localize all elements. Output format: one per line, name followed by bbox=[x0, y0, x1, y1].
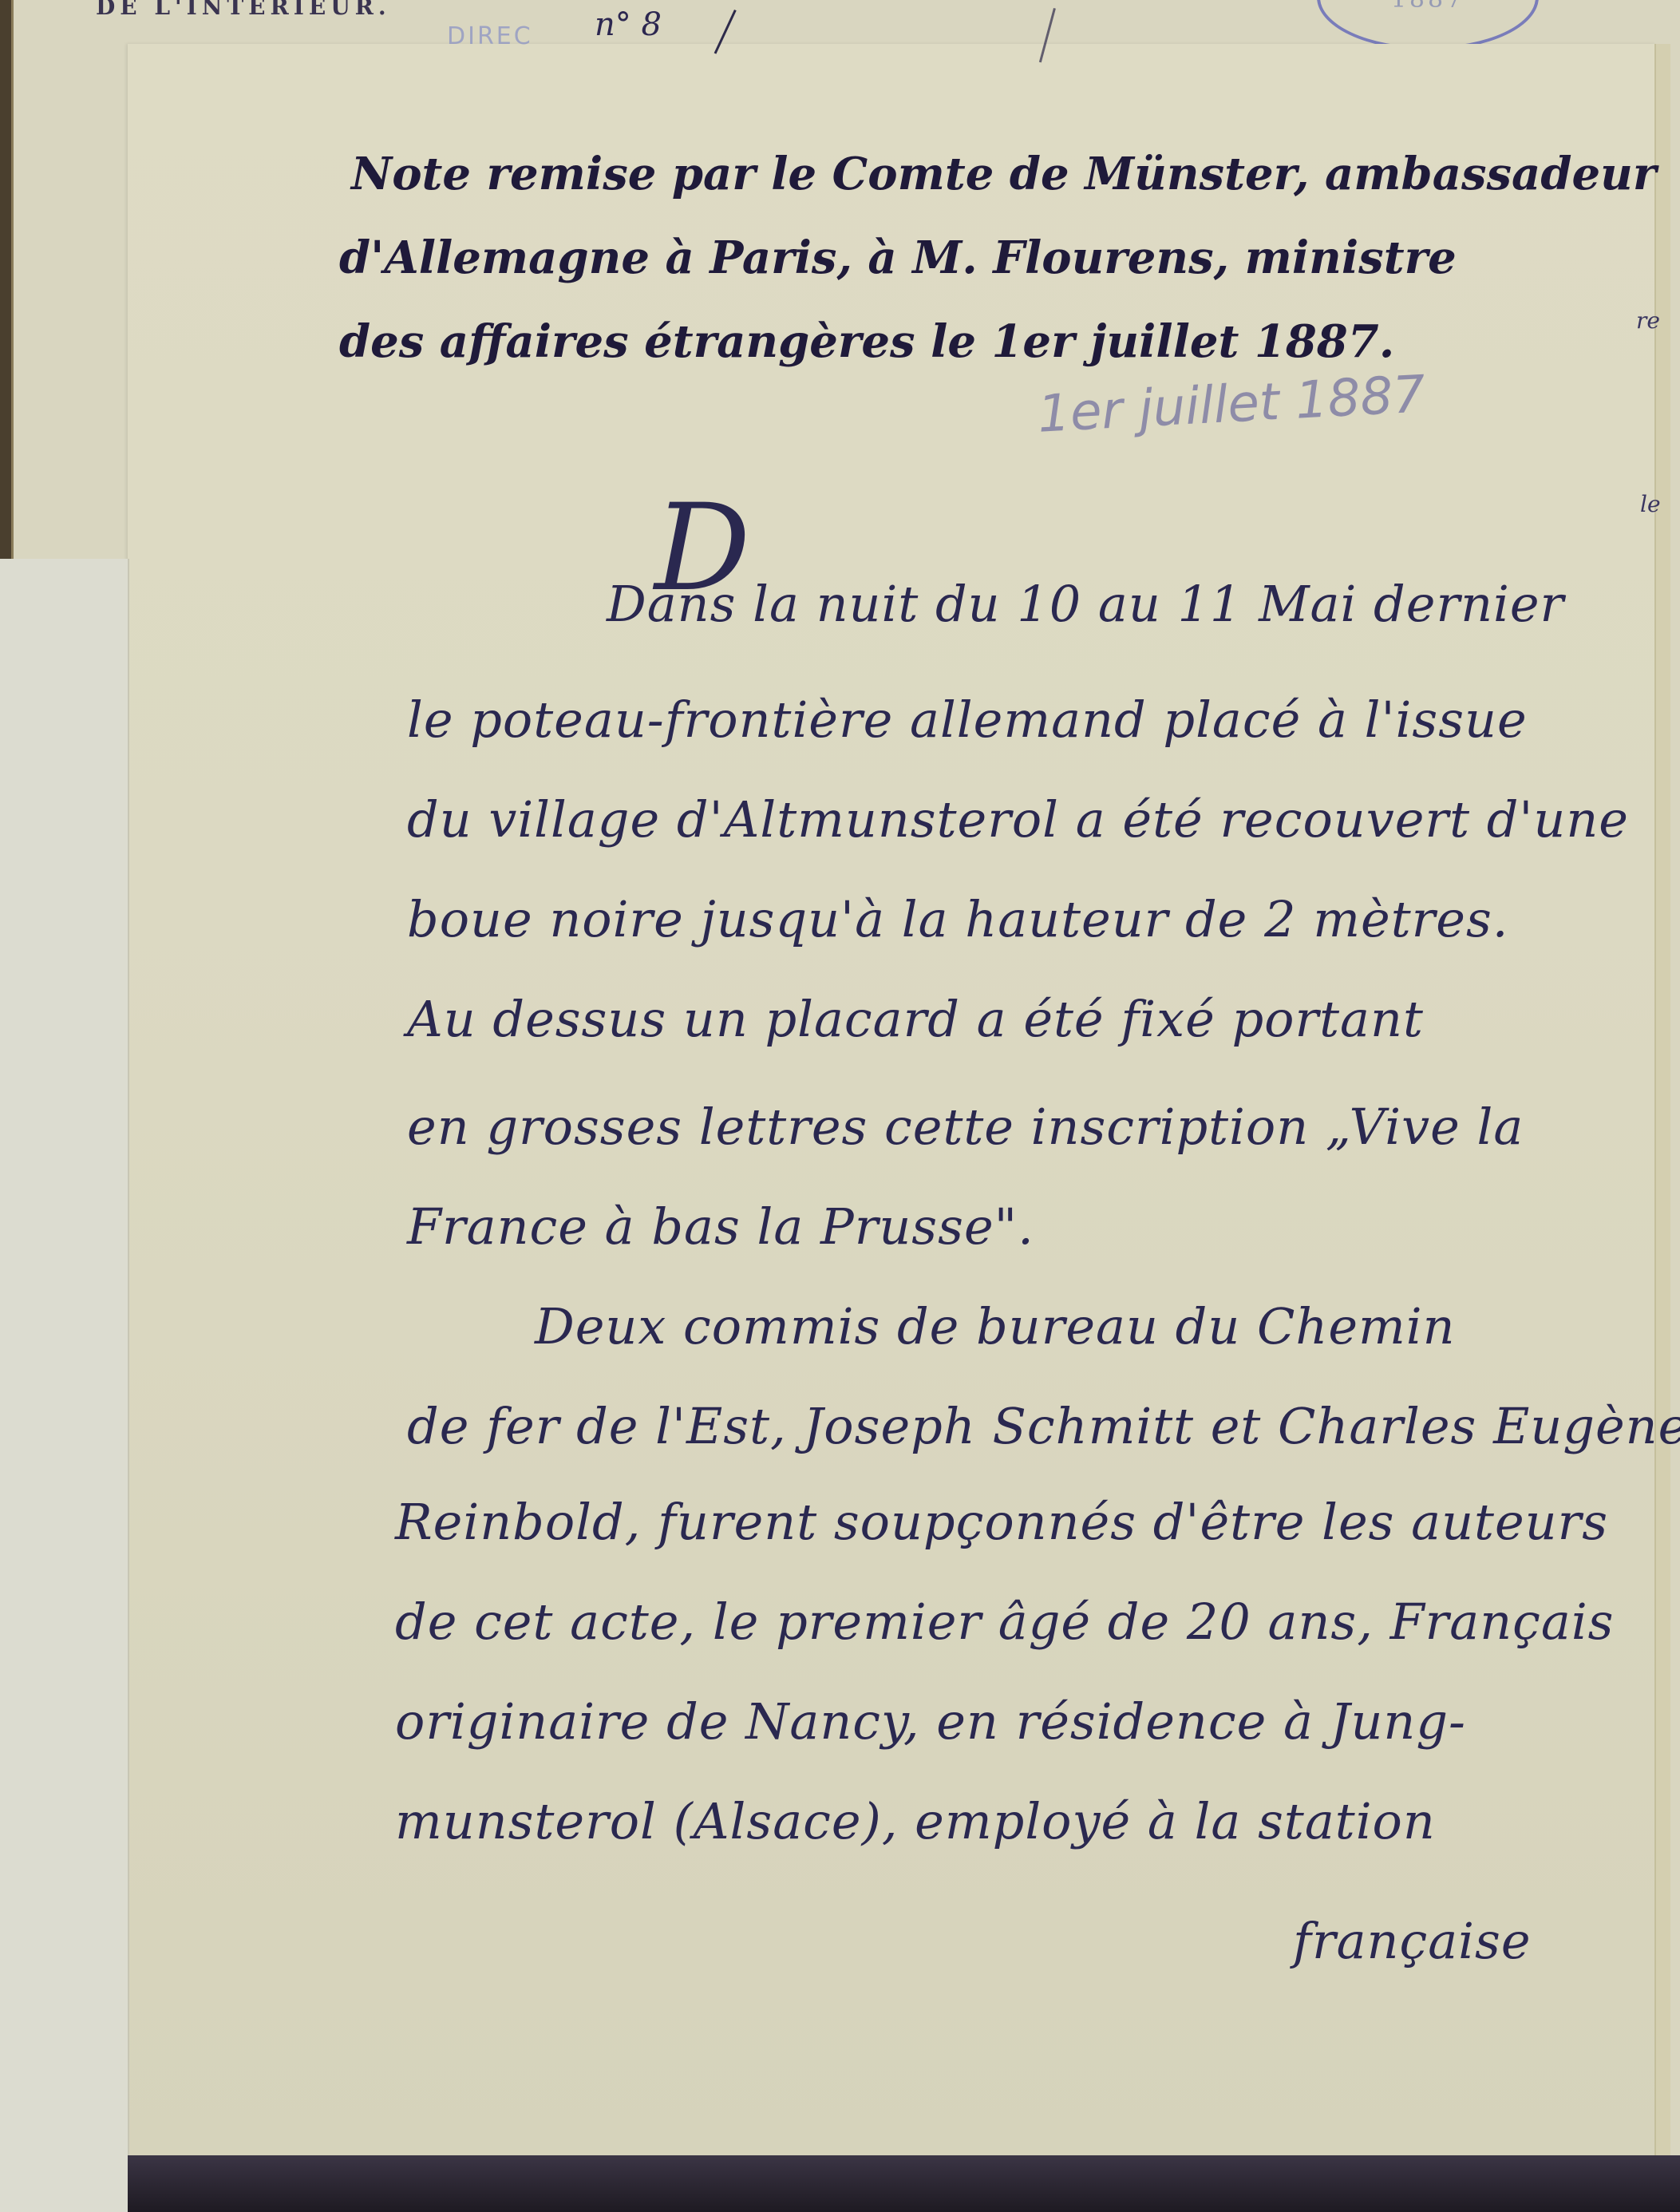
body-line-13: munsterol (Alsace), employé à la station bbox=[395, 1792, 1436, 1850]
body-line-4: boue noire jusqu'à la hauteur de 2 mètre… bbox=[407, 890, 1508, 948]
table-surface-shadow bbox=[128, 2155, 1680, 2212]
catchword: française bbox=[1293, 1912, 1532, 1970]
binding-edge bbox=[0, 0, 14, 559]
margin-mark: le bbox=[1640, 491, 1661, 517]
margin-mark: re bbox=[1636, 307, 1660, 334]
body-line-3: du village d'Altmunsterol a été recouver… bbox=[407, 790, 1629, 849]
title-line-2: d'Allemagne à Paris, à M. Flourens, mini… bbox=[339, 231, 1457, 284]
reference-number: n° 8 bbox=[595, 6, 662, 43]
direction-stamp: DIREC bbox=[447, 22, 533, 50]
title-line-1: Note remise par le Comte de Münster, amb… bbox=[351, 148, 1656, 200]
body-line-8: Deux commis de bureau du Chemin bbox=[535, 1297, 1456, 1355]
body-line-9: de fer de l'Est, Joseph Schmitt et Charl… bbox=[407, 1397, 1680, 1455]
title-line-3: des affaires étrangères le 1er juillet 1… bbox=[339, 315, 1394, 368]
printed-heading: DE L'INTÉRIEUR. bbox=[96, 0, 391, 20]
body-line-6: en grosses lettres cette inscription „Vi… bbox=[407, 1098, 1524, 1156]
sheet-right-edge bbox=[1654, 44, 1670, 2167]
body-line-10: Reinbold, furent soupçonnés d'être les a… bbox=[395, 1493, 1608, 1551]
body-line-5: Au dessus un placard a été fixé portant bbox=[407, 990, 1424, 1048]
body-line-2: le poteau-frontière allemand placé à l'i… bbox=[407, 691, 1528, 749]
stamp-year: 1887 bbox=[1320, 0, 1536, 14]
body-line-11: de cet acte, le premier âgé de 20 ans, F… bbox=[395, 1593, 1615, 1651]
body-line-7: France à bas la Prusse". bbox=[407, 1197, 1034, 1256]
adjacent-page-edge bbox=[0, 559, 129, 2212]
body-line-12: originaire de Nancy, en résidence à Jung… bbox=[395, 1692, 1466, 1751]
body-line-1: Dans la nuit du 10 au 11 Mai dernier bbox=[607, 575, 1564, 633]
